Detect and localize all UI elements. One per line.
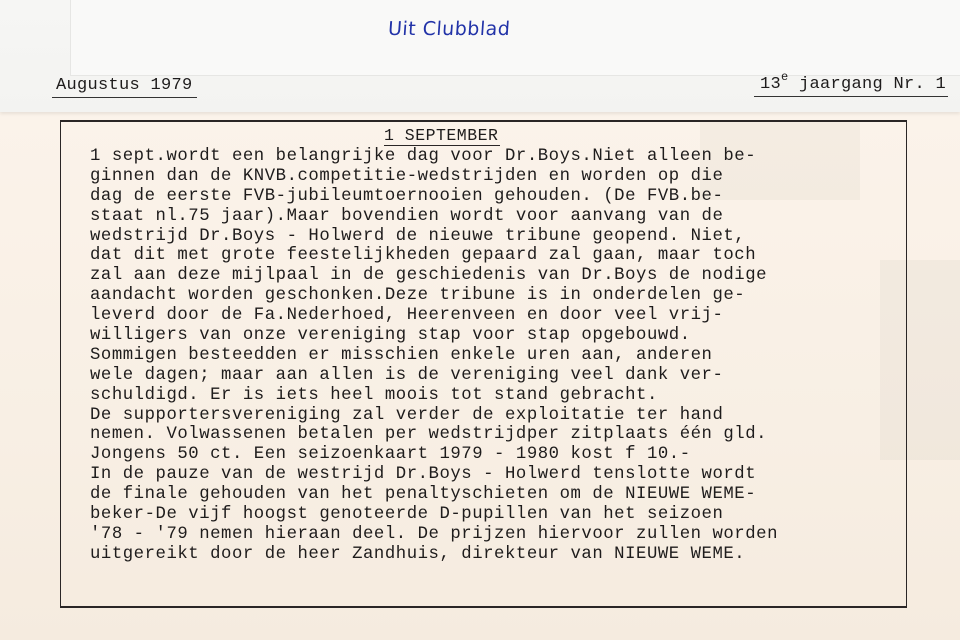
handwritten-note: Uit Clubblad bbox=[387, 18, 511, 40]
article-line: 1 sept.wordt een belangrijke dag voor Dr… bbox=[90, 147, 778, 167]
article-line: In de pauze van de westrijd Dr.Boys - Ho… bbox=[90, 465, 778, 485]
issue-volume: 13e jaargang Nr. 1 bbox=[754, 70, 948, 97]
overlay-paper bbox=[70, 0, 960, 76]
volume-rest: jaargang Nr. 1 bbox=[788, 75, 946, 94]
article-line: '78 - '79 nemen hieraan deel. De prijzen… bbox=[90, 525, 778, 545]
clipping-header-strip: Uit Clubblad Augustus 1979 13e jaargang … bbox=[0, 0, 960, 112]
article-line: nemen. Volwassenen betalen per wedstrijd… bbox=[90, 425, 778, 445]
article-line: wele dagen; maar aan allen is de verenig… bbox=[90, 366, 778, 386]
article-line: dat dit met grote feestelijkheden gepaar… bbox=[90, 246, 778, 266]
article-box: 1 SEPTEMBER 1 sept.wordt een belangrijke… bbox=[60, 120, 907, 608]
article-line: ginnen dan de KNVB.competitie-wedstrijde… bbox=[90, 167, 778, 187]
article-line: aandacht worden geschonken.Deze tribune … bbox=[90, 286, 778, 306]
article-line: willigers van onze vereniging stap voor … bbox=[90, 326, 778, 346]
issue-date: Augustus 1979 bbox=[52, 76, 197, 98]
article-line: dag de eerste FVB-jubileumtoernooien geh… bbox=[90, 187, 778, 207]
article-body: 1 sept.wordt een belangrijke dag voor Dr… bbox=[90, 147, 778, 565]
article-line: uitgereikt door de heer Zandhuis, direkt… bbox=[90, 545, 778, 565]
article-line: de finale gehouden van het penaltyschiet… bbox=[90, 485, 778, 505]
article-title: 1 SEPTEMBER bbox=[384, 126, 500, 146]
article-line: schuldigd. Er is iets heel moois tot sta… bbox=[90, 386, 778, 406]
article-line: leverd door de Fa.Nederhoed, Heerenveen … bbox=[90, 306, 778, 326]
article-line: staat nl.75 jaar).Maar bovendien wordt v… bbox=[90, 207, 778, 227]
volume-number: 13 bbox=[760, 75, 781, 94]
article-line: beker-De vijf hoogst genoteerde D-pupill… bbox=[90, 505, 778, 525]
article-line: De supportersvereniging zal verder de ex… bbox=[90, 406, 778, 426]
article-line: wedstrijd Dr.Boys - Holwerd de nieuwe tr… bbox=[90, 227, 778, 247]
article-line: Sommigen besteedden er misschien enkele … bbox=[90, 346, 778, 366]
article-line: Jongens 50 ct. Een seizoenkaart 1979 - 1… bbox=[90, 445, 778, 465]
article-line: zal aan deze mijlpaal in de geschiedenis… bbox=[90, 266, 778, 286]
